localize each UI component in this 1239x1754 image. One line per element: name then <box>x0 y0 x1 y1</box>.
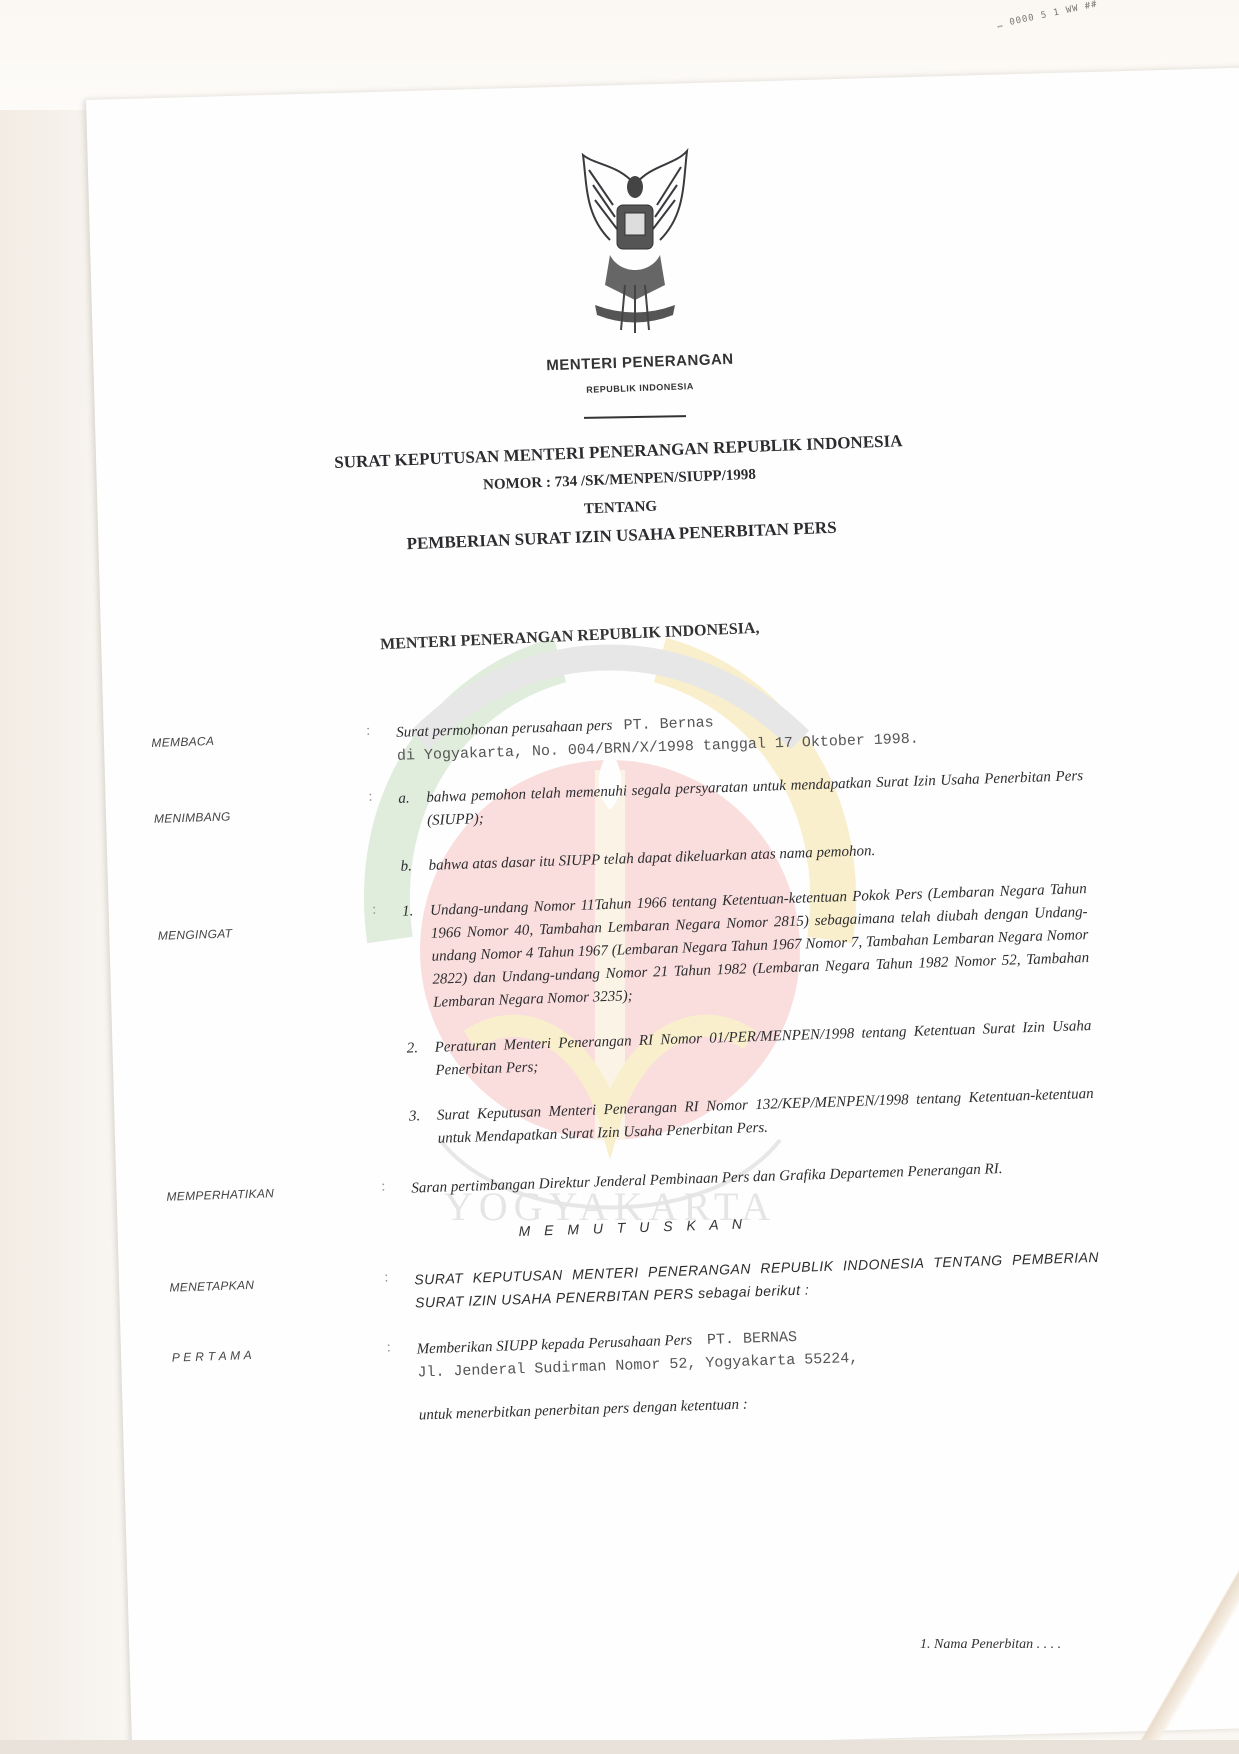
top-print-text: … 0000 5 1 WW ## <box>996 0 1099 31</box>
section-membaca: MEMBACA : Surat permohonan perusahaan pe… <box>151 699 1082 776</box>
menetapkan-text: SURAT KEPUTUSAN MENTERI PENERANGAN REPUB… <box>414 1246 1100 1315</box>
memperhatikan-text: Saran pertimbangan Direktur Jenderal Pem… <box>411 1155 1096 1201</box>
decree-body: MEMBACA : Surat permohonan perusahaan pe… <box>150 669 1104 1435</box>
menimbang-item: b. bahwa atas dasar itu SIUPP telah dapa… <box>400 833 1085 879</box>
garuda-emblem-icon <box>565 145 705 335</box>
colon: : <box>381 1178 386 1195</box>
section-label-menimbang: MENIMBANG <box>154 809 231 826</box>
paper-fold <box>1119 1550 1239 1754</box>
continuation-note: 1. Nama Penerbitan . . . . <box>920 1637 1061 1653</box>
colon: : <box>366 723 371 740</box>
section-label-mengingat: MENGINGAT <box>158 926 233 942</box>
membaca-text: Surat permohonan perusahaan pers <box>396 718 613 741</box>
section-menetapkan: MENETAPKAN : SURAT KEPUTUSAN MENTERI PEN… <box>169 1246 1100 1323</box>
colon: : <box>372 902 377 919</box>
pertama-text: Memberikan SIUPP kepada Perusahaan Pers <box>416 1332 692 1357</box>
grantee-company: PT. BERNAS <box>707 1329 798 1349</box>
memutuskan-heading: M E M U T U S K A N <box>168 1204 1098 1251</box>
section-menimbang: MENIMBANG : a. bahwa pemohon telah memen… <box>153 765 1086 887</box>
section-label-menetapkan: MENETAPKAN <box>169 1278 254 1295</box>
bottom-paper-edge <box>0 1740 1239 1754</box>
section-label-pertama: P E R T A M A <box>172 1348 253 1365</box>
colon: : <box>368 789 373 806</box>
mengingat-item: 3. Surat Keputusan Menteri Penerangan RI… <box>409 1083 1095 1152</box>
applicant-company: PT. Bernas <box>623 714 714 734</box>
colon: : <box>384 1269 389 1286</box>
mengingat-item: 2. Peraturan Menteri Penerangan RI Nomor… <box>406 1015 1092 1084</box>
menimbang-item: a. bahwa pemohon telah memenuhi segala p… <box>398 765 1084 834</box>
colon: : <box>386 1339 391 1356</box>
section-mengingat: MENGINGAT : 1. Undang-undang Nomor 11Tah… <box>157 878 1095 1160</box>
section-label-membaca: MEMBACA <box>151 734 214 750</box>
section-label-memperhatikan: MEMPERHATIKAN <box>166 1186 274 1204</box>
mengingat-item: 1. Undang-undang Nomor 11Tahun 1966 tent… <box>402 878 1090 1016</box>
section-memperhatikan: MEMPERHATIKAN : Saran pertimbangan Direk… <box>166 1155 1096 1209</box>
